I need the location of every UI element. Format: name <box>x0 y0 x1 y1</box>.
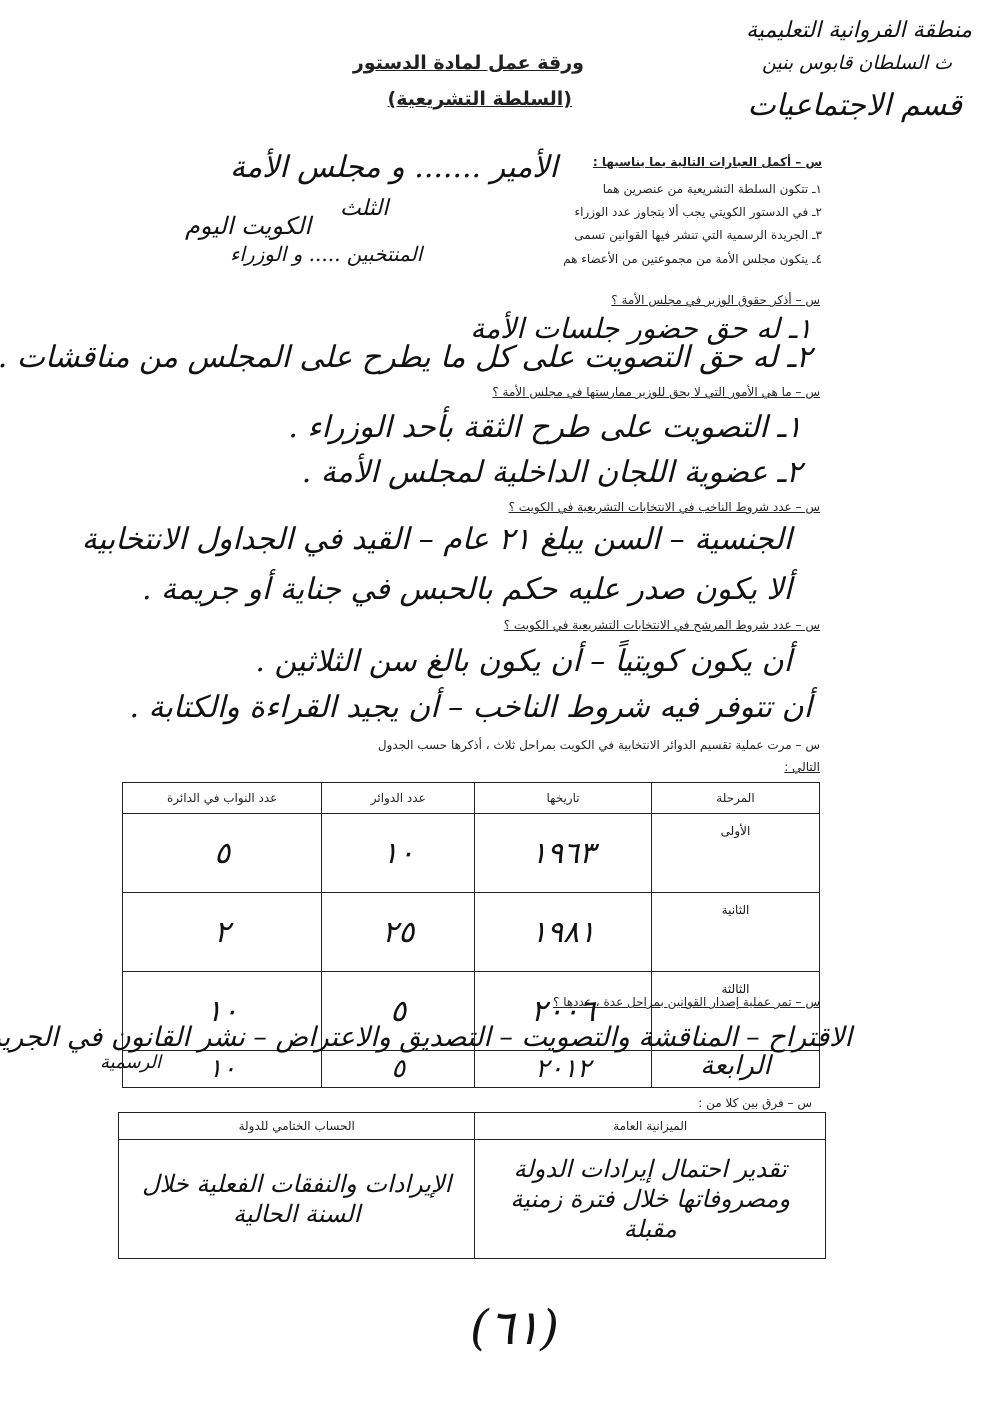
page-number: (٦١) <box>470 1300 559 1356</box>
q4-prompt: س – عدد شروط الناخب في الانتخابات التشري… <box>509 500 820 514</box>
page-subtitle: (السلطة التشريعية) <box>388 88 572 110</box>
school-line-3: قسم الاجتماعيات <box>748 88 962 123</box>
col-districts: عدد الدوائر <box>322 783 475 814</box>
page-title: ورقة عمل لمادة الدستور <box>353 52 584 74</box>
general-budget-cell: تقدير احتمال إيرادات الدولة ومصروفاتها خ… <box>475 1140 826 1259</box>
table-header-row: الميزانية العامة الحساب الختامي للدولة <box>119 1113 826 1140</box>
final-account-cell: الإيرادات والنفقات الفعلية خلال السنة ال… <box>119 1140 475 1259</box>
q1-answer-1: الأمير ....... و مجلس الأمة <box>230 150 558 185</box>
q1-item-2: ٢ـ في الدستور الكويتي يجب ألا يتجاوز عدد… <box>574 205 822 219</box>
table-row: الأولى ١٩٦٣ ١٠ ٥ <box>123 814 820 893</box>
table-row: تقدير احتمال إيرادات الدولة ومصروفاتها خ… <box>119 1140 826 1259</box>
districts-cell: ٢٥ <box>322 893 475 972</box>
q7-answer-cont: الرسمية <box>100 1052 161 1073</box>
q5-prompt: س – عدد شروط المرشح في الانتخابات التشري… <box>504 618 820 632</box>
q1-prompt: س – أكمل العبارات التالية بما يناسبها : <box>593 155 822 169</box>
q6-prompt-cont: التالي : <box>784 760 820 774</box>
q1-item-1: ١ـ تتكون السلطة التشريعية من عنصرين هما <box>603 182 822 196</box>
stage-cell: الرابعة <box>651 1051 819 1088</box>
col-final-account: الحساب الختامي للدولة <box>119 1113 475 1140</box>
col-date: تاريخها <box>475 783 652 814</box>
districts-cell: ٥ <box>322 1051 475 1088</box>
date-cell: ١٩٦٣ <box>475 814 652 893</box>
q4-answer-2: ألا يكون صدر عليه حكم بالحبس في جناية أو… <box>142 572 792 607</box>
deputies-cell: ٥ <box>123 814 322 893</box>
q2-answer-2: ٢ـ له حق التصويت على كل ما يطرح على المج… <box>0 340 812 375</box>
comparison-table: الميزانية العامة الحساب الختامي للدولة ت… <box>118 1112 826 1259</box>
table-row: الرابعة ٢٠١٢ ٥ ١٠ <box>123 1051 820 1088</box>
q5-answer-2: أن تتوفر فيه شروط الناخب – أن يجيد القرا… <box>129 690 812 725</box>
col-stage: المرحلة <box>651 783 819 814</box>
date-cell: ١٩٨١ <box>475 893 652 972</box>
q2-prompt: س – أذكر حقوق الوزير في مجلس الأمة ؟ <box>611 293 820 307</box>
q3-answer-2: ٢ـ عضوية اللجان الداخلية لمجلس الأمة . <box>302 455 802 490</box>
q1-answer-2: الثلث <box>340 196 388 221</box>
table-header-row: المرحلة تاريخها عدد الدوائر عدد النواب ف… <box>123 783 820 814</box>
q1-item-3: ٣ـ الجريدة الرسمية التي تنشر فيها القوان… <box>574 228 822 242</box>
col-general-budget: الميزانية العامة <box>475 1113 826 1140</box>
deputies-cell: ٢ <box>123 893 322 972</box>
school-line-1: منطقة الفروانية التعليمية <box>746 18 972 43</box>
stage-cell: الثانية <box>651 893 819 972</box>
stage-cell: الأولى <box>651 814 819 893</box>
q7-prompt: س – تمر عملية إصدار القوانين بمراحل عدة … <box>553 995 820 1009</box>
q4-answer-1: الجنسية – السن يبلغ ٢١ عام – القيد في ال… <box>82 522 792 557</box>
q6-prompt: س – مرت عملية تقسيم الدوائر الانتخابية ف… <box>378 738 820 752</box>
q1-answer-4: المنتخبين ..... و الوزراء <box>230 242 422 266</box>
q1-answer-3: الكويت اليوم <box>185 212 311 240</box>
q3-prompt: س – ما هي الأمور التي لا يحق للوزير ممار… <box>492 385 820 399</box>
col-deputies: عدد النواب في الدائرة <box>123 783 322 814</box>
school-line-2: ث السلطان قابوس بنين <box>762 52 952 74</box>
date-cell: ٢٠١٢ <box>475 1051 652 1088</box>
q5-answer-1: أن يكون كويتياً – أن يكون بالغ سن الثلاث… <box>255 644 792 679</box>
q8-prompt: س – فرق بين كلا من : <box>698 1096 812 1110</box>
q3-answer-1: ١ـ التصويت على طرح الثقة بأحد الوزراء . <box>288 410 802 445</box>
districts-cell: ١٠ <box>322 814 475 893</box>
table-row: الثانية ١٩٨١ ٢٥ ٢ <box>123 893 820 972</box>
q1-item-4: ٤ـ يتكون مجلس الأمة من مجموعتين من الأعض… <box>563 252 822 266</box>
q7-answer: الاقتراح – المناقشة والتصويت – التصديق و… <box>0 1022 852 1053</box>
